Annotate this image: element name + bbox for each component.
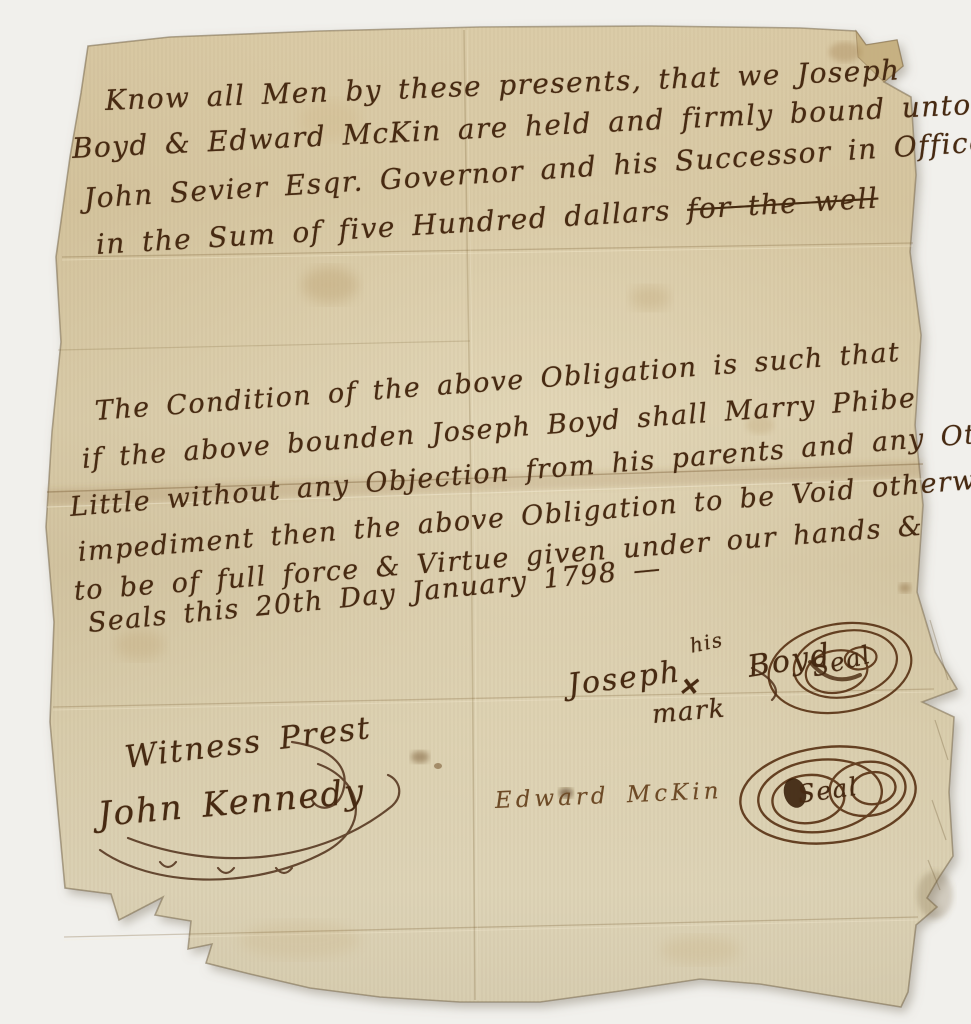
aged-paper-sheet (0, 0, 971, 1024)
corner-shading (917, 871, 953, 919)
scanned-marriage-bond-document: Know all Men by these presents, that we … (0, 0, 971, 1024)
paper-laid-texture (46, 26, 957, 1007)
